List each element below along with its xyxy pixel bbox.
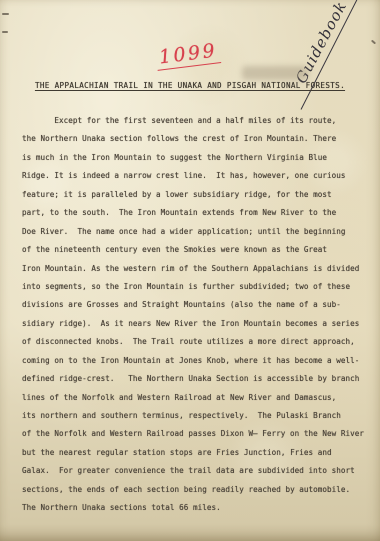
- typed-line: Ridge. It is indeed a narrow crest line.…: [22, 167, 370, 185]
- ink-speck: [2, 13, 9, 15]
- typed-line: divisions are Grosses and Straight Mount…: [22, 296, 370, 314]
- typed-line: sections, the ends of each section being…: [22, 481, 370, 499]
- typed-line: into segments, so the Iron Mountain is f…: [22, 278, 370, 296]
- typed-line: Doe River. The name once had a wider app…: [22, 223, 370, 241]
- typed-line: its northern and southern terminus, resp…: [22, 407, 370, 425]
- typed-line: of the nineteenth century even the Smoki…: [22, 241, 370, 259]
- ink-speck: [2, 31, 8, 33]
- handwritten-page-number: 1099: [155, 39, 222, 71]
- typed-line: defined ridge-crest. The Northern Unaka …: [22, 370, 370, 388]
- typed-line: feature; it is paralleled by a lower sub…: [22, 186, 370, 204]
- typed-line: coming on to the Iron Mountain at Jones …: [22, 352, 370, 370]
- scanned-page: Guidebook 1099 THE APPALACHIAN TRAIL IN …: [0, 0, 380, 541]
- typed-line: but the nearest regular station stops ar…: [22, 444, 370, 462]
- typed-line: of the Norfolk and Western Railroad pass…: [22, 425, 370, 443]
- typed-line: part, to the south. The Iron Mountain ex…: [22, 204, 370, 222]
- erasure-smudge: [242, 66, 308, 80]
- typed-line: The Northern Unaka sections total 66 mil…: [22, 499, 370, 517]
- document-title: THE APPALACHIAN TRAIL IN THE UNAKA AND P…: [0, 81, 380, 90]
- typed-line: of disconnected knobs. The Trail route u…: [22, 333, 370, 351]
- typed-line: is much in the Iron Mountain to suggest …: [22, 149, 370, 167]
- typed-line: the Northern Unaka section follows the c…: [22, 130, 370, 148]
- typed-line: Except for the first seventeen and a hal…: [22, 112, 370, 130]
- typed-line: sidiary ridge). As it nears New River th…: [22, 315, 370, 333]
- body-paragraph: Except for the first seventeen and a hal…: [22, 112, 370, 518]
- typed-line: Galax. For greater convenience the trail…: [22, 462, 370, 480]
- typed-line: Iron Mountain. As the western rim of the…: [22, 260, 370, 278]
- typed-line: lines of the Norfolk and Western Railroa…: [22, 389, 370, 407]
